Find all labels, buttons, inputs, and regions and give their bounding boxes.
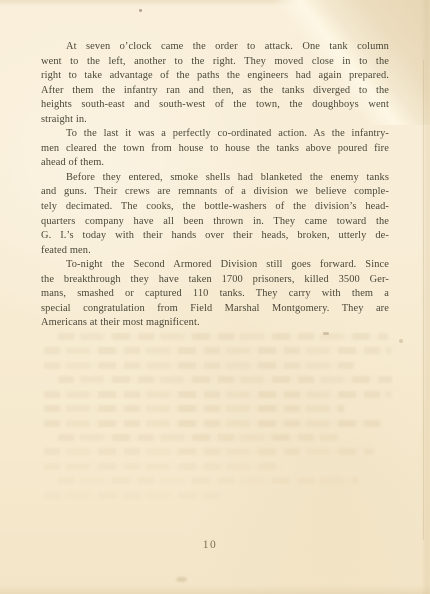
text-line: feated men. — [41, 244, 389, 259]
show-through-line — [44, 420, 384, 427]
text-line: To-night the Second Armored Division sti… — [41, 258, 389, 273]
text-line: Americans at their most magnificent. — [41, 316, 389, 331]
show-through-line — [44, 362, 354, 369]
page-number: 10 — [0, 539, 420, 551]
paper-speck — [139, 9, 142, 12]
page-right-edge-line — [423, 60, 424, 540]
paper-speck — [399, 339, 403, 343]
page-text: At seven o’clock came the order to attac… — [41, 40, 389, 331]
text-line: To the last it was a perfectly co-ordina… — [41, 127, 389, 142]
text-line: G. I.’s today with their hands over thei… — [41, 229, 389, 244]
text-line: quarters company have all been thrown in… — [41, 215, 389, 230]
text-line: and guns. Their crews are remnants of a … — [41, 185, 389, 200]
text-line: straight in. — [41, 113, 389, 128]
show-through-line — [44, 492, 224, 499]
text-line: mans, smashed or captured 110 tanks. The… — [41, 287, 389, 302]
paper-speck — [176, 577, 187, 582]
show-through-line — [58, 434, 338, 441]
show-through-line — [58, 333, 388, 340]
show-through-line — [44, 391, 392, 398]
text-line: the breakthrough they have taken 1700 pr… — [41, 273, 389, 288]
text-line: special congratulation from Field Marsha… — [41, 302, 389, 317]
text-line: tely decimated. The cooks, the bottle-wa… — [41, 200, 389, 215]
text-line: After them the infantry ran and then, as… — [41, 84, 389, 99]
show-through-line — [44, 405, 344, 412]
text-line: heights south-east and south-west of the… — [41, 98, 389, 113]
show-through-line — [44, 448, 374, 455]
page-bottom-shading — [0, 585, 430, 594]
text-line: Before they entered, smoke shells had bl… — [41, 171, 389, 186]
paper-speck — [323, 332, 329, 335]
show-through-line — [44, 463, 284, 470]
show-through-line — [58, 376, 392, 383]
text-line: went to the left, another to the right. … — [41, 55, 389, 70]
text-line: ahead of them. — [41, 156, 389, 171]
text-line: men cleared the town from house to house… — [41, 142, 389, 157]
show-through-line — [58, 477, 358, 484]
book-page: At seven o’clock came the order to attac… — [0, 0, 430, 594]
text-line: At seven o’clock came the order to attac… — [41, 40, 389, 55]
text-line: right to take advantage of the paths the… — [41, 69, 389, 84]
show-through-line — [44, 347, 392, 354]
